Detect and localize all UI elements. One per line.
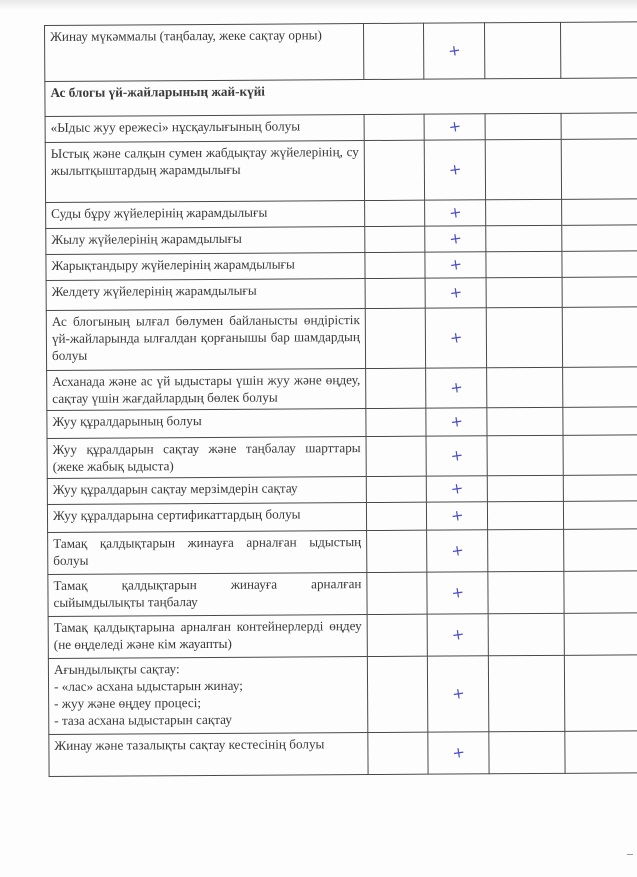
table-row: Ас блогының ылғал бөлумен байланысты өнд… [46,307,637,371]
cell-col-4 [489,655,565,731]
cell-col-3: + [425,226,486,252]
requirement-text: Тамақ қалдықтарын жинауға арналған ыдыст… [48,531,367,575]
table-row: Жинау мүкәммалы (таңбалау, жеке сақтау о… [45,22,637,82]
cell-col-5 [563,501,637,530]
cell-col-4 [485,113,561,139]
checklist-table: Жинау мүкәммалы (таңбалау, жеке сақтау о… [44,21,637,777]
cell-col-3: + [425,140,486,200]
cell-col-3: + [428,656,489,732]
cell-col-4 [487,407,563,435]
handwritten-plus-mark: + [448,230,463,249]
cell-col-4 [488,475,564,501]
handwritten-plus-mark: + [448,161,463,180]
cell-col-3: + [428,732,489,774]
cell-col-5 [563,475,637,502]
scan-mark [627,854,633,855]
handwritten-plus-mark: + [451,685,466,704]
cell-col-3: + [427,530,488,572]
table-row: «Ыдыс жуу ережесі» нұсқаулығының болуы+ [45,113,637,143]
cell-col-5 [562,225,637,252]
handwritten-plus-mark: + [450,507,465,526]
cell-col-4 [489,731,565,773]
cell-col-4 [486,277,562,307]
requirement-text: Жуу құралдарын сақтау мерзімдерін сақтау [47,477,366,505]
requirement-text: Жинау мүкәммалы (таңбалау, жеке сақтау о… [45,24,364,82]
cell-col-2 [366,502,426,530]
section-title: Ас блогы үй-жайларының жай-күйі [45,78,637,117]
cell-col-5 [560,22,637,79]
requirement-text: Жуу құралдарының болуы [47,409,366,439]
cell-col-4 [486,251,562,277]
handwritten-plus-mark: + [449,379,464,398]
cell-col-5 [562,307,637,368]
requirement-text: Асханада және ас үй ыдыстары үшін жуу жә… [47,369,366,411]
cell-col-2 [368,732,429,774]
handwritten-plus-mark: + [450,542,465,561]
table-row: Жуу құралдарының болуы+ [47,407,637,439]
cell-col-4 [488,613,564,655]
handwritten-plus-mark: + [451,744,466,763]
checklist-body: Жинау мүкәммалы (таңбалау, жеке сақтау о… [45,22,637,777]
cell-col-5 [561,199,637,226]
handwritten-plus-mark: + [451,626,466,645]
cell-col-2 [364,114,424,140]
cell-col-5 [561,139,637,200]
handwritten-plus-mark: + [449,329,464,348]
cell-col-3: + [426,368,487,408]
handwritten-plus-mark: + [450,480,465,499]
table-row: Тамақ қалдықтарын жинауға арналған ыдыст… [48,529,637,575]
cell-col-3: + [427,476,488,502]
cell-col-2 [365,226,425,252]
cell-col-3: + [424,23,485,79]
requirement-text: Тамақ қалдықтарын жинауға арналған сыйым… [48,573,367,617]
cell-col-4 [486,199,562,225]
requirement-text: Ыстық және салқын сумен жабдықтау жүйеле… [45,141,364,203]
cell-col-2 [364,140,425,200]
handwritten-plus-mark: + [448,256,463,275]
cell-col-5 [563,435,637,476]
cell-col-3: + [426,436,487,476]
cell-col-2 [366,408,426,436]
cell-col-2 [367,572,428,614]
handwritten-plus-mark: + [447,42,462,61]
cell-col-2 [365,252,425,278]
cell-col-2 [366,476,426,502]
cell-col-4 [486,225,562,251]
cell-col-5 [561,113,637,140]
cell-col-4 [487,435,563,475]
handwritten-plus-mark: + [449,284,464,303]
table-row: Жарықтандыру жүйелерінің жарамдылығы+ [46,251,637,281]
cell-col-3: + [426,408,487,436]
handwritten-plus-mark: + [450,447,465,466]
requirement-text: Ас блогының ылғал бөлумен байланысты өнд… [46,309,365,371]
table-row: Желдету жүйелерінің жарамдылығы+ [46,277,637,311]
cell-col-4 [487,307,563,367]
requirement-text: Ағындылықты сақтау: - «лас» асхана ыдыст… [48,657,368,735]
cell-col-3: + [427,614,488,656]
table-row: Ағындылықты сақтау: - «лас» асхана ыдыст… [48,655,637,735]
requirement-text: Жылу жүйелерінің жарамдылығы [46,227,365,255]
cell-col-2 [366,436,427,476]
table-row: Жуу құралдарын сақтау және таңбалау шарт… [47,435,637,479]
table-row: Жинау және тазалықты сақтау кестесінің б… [49,731,637,777]
requirement-text: Суды бұру жүйелерінің жарамдылығы [46,201,365,229]
table-row: Асханада және ас үй ыдыстары үшін жуу жә… [47,367,637,411]
table-row: Жылу жүйелерінің жарамдылығы+ [46,225,637,255]
handwritten-plus-mark: + [450,584,465,603]
cell-col-2 [367,656,428,732]
cell-col-3: + [425,278,486,308]
cell-col-2 [367,614,428,656]
requirement-text: Жарықтандыру жүйелерінің жарамдылығы [46,253,365,281]
cell-col-5 [564,613,637,656]
requirement-text: Жуу құралдарына сертификаттардың болуы [47,503,366,533]
table-row: Суды бұру жүйелерінің жарамдылығы+ [46,199,637,229]
cell-col-5 [563,529,637,572]
cell-col-3: + [426,308,487,368]
requirement-text: Жинау және тазалықты сақтау кестесінің б… [49,733,368,777]
cell-col-5 [562,367,637,408]
cell-col-4 [485,22,561,78]
section-header-row: Ас блогы үй-жайларының жай-күйі [45,78,637,117]
table-row: Тамақ қалдықтарын жинауға арналған сыйым… [48,571,637,617]
cell-col-3: + [425,200,486,226]
scanned-page: Жинау мүкәммалы (таңбалау, жеке сақтау о… [0,0,637,877]
cell-col-2 [365,278,426,308]
cell-col-4 [488,571,564,613]
cell-col-4 [486,139,562,199]
handwritten-plus-mark: + [448,204,463,223]
table-row: Тамақ қалдықтарына арналған контейнерлер… [48,613,637,659]
cell-col-5 [562,251,637,278]
cell-col-3: + [427,572,488,614]
table-row: Ыстық және салқын сумен жабдықтау жүйеле… [45,139,637,203]
cell-col-5 [564,655,637,732]
cell-col-3: + [425,252,486,278]
cell-col-3: + [424,114,485,140]
cell-col-5 [564,571,637,614]
cell-col-4 [487,367,563,407]
requirement-text: Желдету жүйелерінің жарамдылығы [46,279,365,311]
cell-col-2 [366,368,427,408]
cell-col-4 [488,529,564,571]
handwritten-plus-mark: + [448,118,463,137]
cell-col-2 [367,530,428,572]
table-row: Жуу құралдарын сақтау мерзімдерін сақтау… [47,475,637,505]
table-row: Жуу құралдарына сертификаттардың болуы+ [47,501,637,533]
cell-col-5 [563,407,637,436]
scan-edge-shadow [0,0,637,10]
cell-col-5 [565,731,637,774]
handwritten-plus-mark: + [449,413,464,432]
cell-col-2 [365,200,425,226]
requirement-text: «Ыдыс жуу ережесі» нұсқаулығының болуы [45,115,364,143]
cell-col-5 [562,277,637,308]
cell-col-2 [365,308,426,368]
cell-col-4 [488,501,564,529]
requirement-text: Жуу құралдарын сақтау және таңбалау шарт… [47,437,366,479]
requirement-text: Тамақ қалдықтарына арналған контейнерлер… [48,615,367,659]
cell-col-2 [364,23,425,79]
cell-col-3: + [427,502,488,530]
